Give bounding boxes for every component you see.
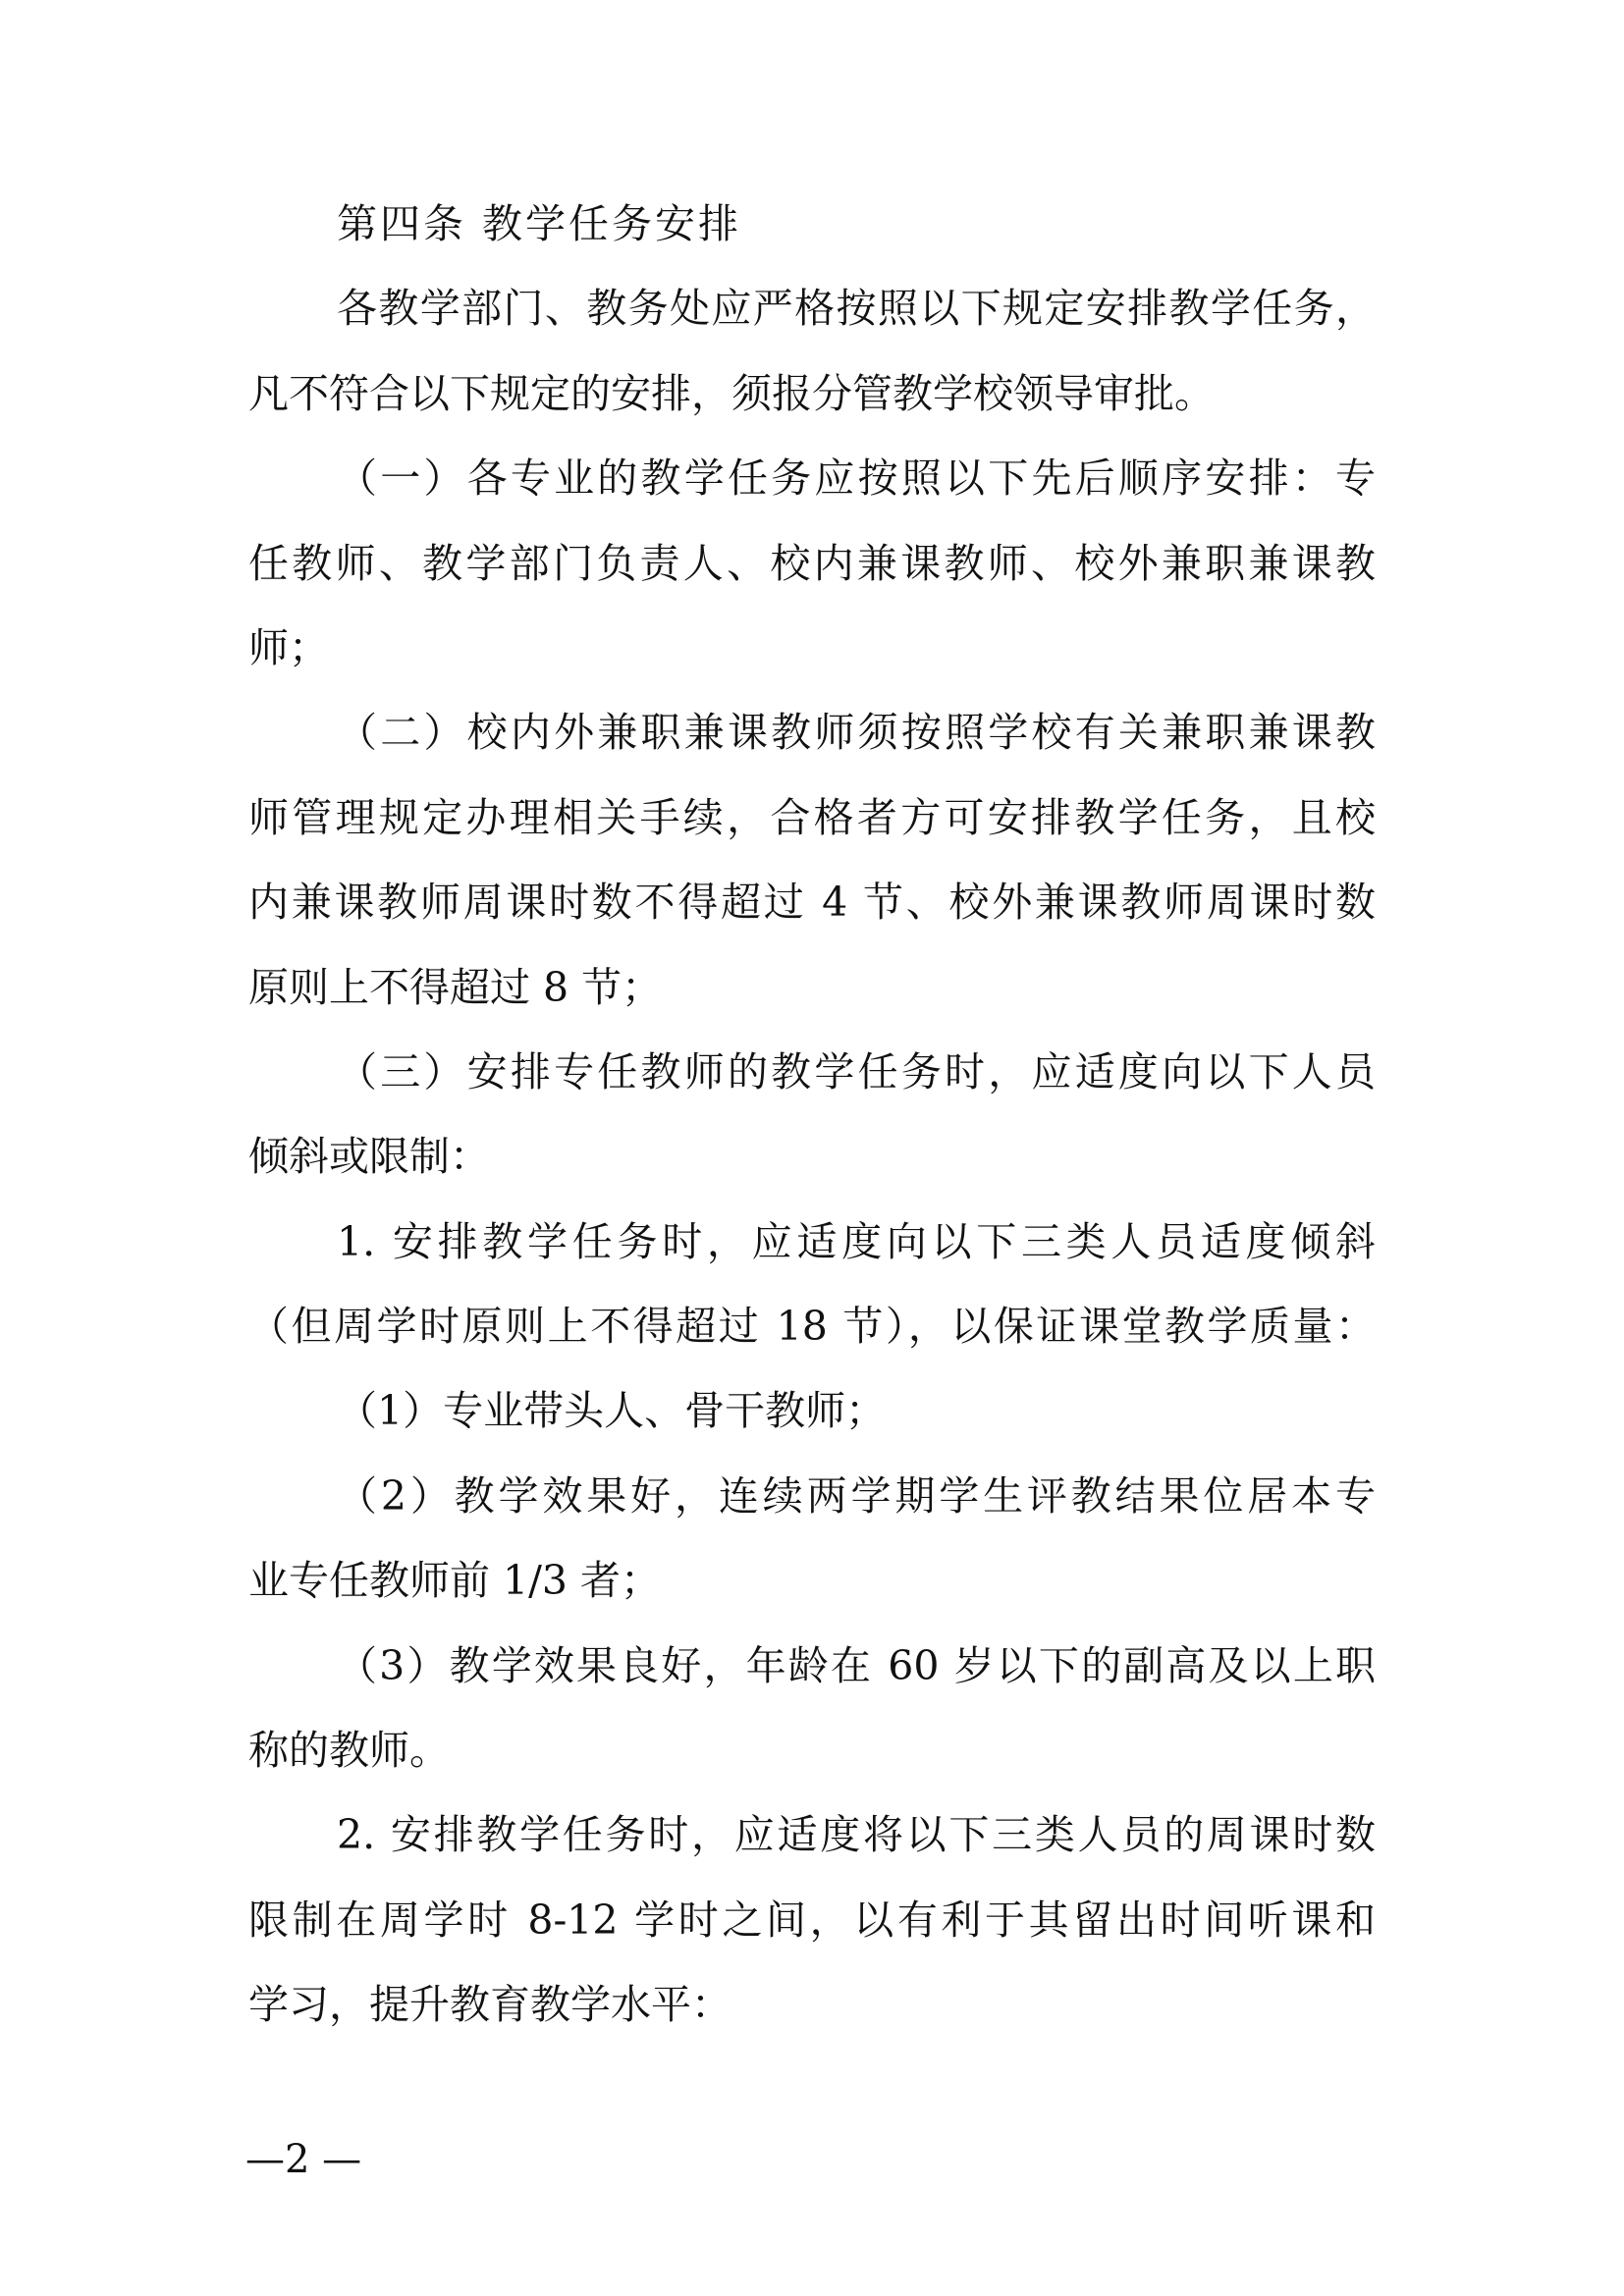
- paragraph-item-1: （一）各专业的教学任务应按照以下先后顺序安排：专 任教师、教学部门负责人、校内兼…: [248, 436, 1376, 690]
- text-line: （但周学时原则上不得超过 18 节），以保证课堂教学质量：: [248, 1284, 1376, 1368]
- article-heading: 第四条 教学任务安排: [248, 182, 1376, 266]
- text-line: 业专任教师前 1/3 者；: [248, 1538, 1376, 1623]
- text-line: （3）教学效果良好，年龄在 60 岁以下的副高及以上职: [248, 1624, 1376, 1708]
- paragraph-item-2: （二）校内外兼职兼课教师须按照学校有关兼职兼课教 师管理规定办理相关手续，合格者…: [248, 690, 1376, 1030]
- text-line: 内兼课教师周课时数不得超过 4 节、校外兼课教师周课时数: [248, 860, 1376, 944]
- text-line: （三）安排专任教师的教学任务时，应适度向以下人员: [248, 1030, 1376, 1114]
- paragraph-sub-1-b: （2）教学效果好，连续两学期学生评教结果位居本专 业专任教师前 1/3 者；: [248, 1454, 1376, 1624]
- text-line: （2）教学效果好，连续两学期学生评教结果位居本专: [248, 1454, 1376, 1538]
- text-line: 师；: [248, 606, 1376, 690]
- text-line: 倾斜或限制：: [248, 1114, 1376, 1199]
- text-line: 1. 安排教学任务时，应适度向以下三类人员适度倾斜: [248, 1200, 1376, 1284]
- paragraph-sub-1: 1. 安排教学任务时，应适度向以下三类人员适度倾斜 （但周学时原则上不得超过 1…: [248, 1200, 1376, 1369]
- paragraph-sub-1-c: （3）教学效果良好，年龄在 60 岁以下的副高及以上职 称的教师。: [248, 1624, 1376, 1793]
- document-body: 第四条 教学任务安排 各教学部门、教务处应严格按照以下规定安排教学任务， 凡不符…: [248, 182, 1376, 2048]
- paragraph-intro: 各教学部门、教务处应严格按照以下规定安排教学任务， 凡不符合以下规定的安排，须报…: [248, 266, 1376, 436]
- text-line: 任教师、教学部门负责人、校内兼课教师、校外兼职兼课教: [248, 521, 1376, 606]
- text-line: 各教学部门、教务处应严格按照以下规定安排教学任务，: [248, 266, 1376, 350]
- paragraph-sub-1-a: （1）专业带头人、骨干教师；: [248, 1368, 1376, 1453]
- text-line: 限制在周学时 8-12 学时之间，以有利于其留出时间听课和: [248, 1878, 1376, 1962]
- text-line: 称的教师。: [248, 1708, 1376, 1792]
- text-line: 2. 安排教学任务时，应适度将以下三类人员的周课时数: [248, 1792, 1376, 1877]
- text-line: （一）各专业的教学任务应按照以下先后顺序安排：专: [248, 436, 1376, 520]
- text-line: 凡不符合以下规定的安排，须报分管教学校领导审批。: [248, 351, 1376, 436]
- page-number: —2 —: [245, 2136, 361, 2183]
- document-page: 第四条 教学任务安排 各教学部门、教务处应严格按照以下规定安排教学任务， 凡不符…: [0, 0, 1624, 2296]
- text-line: 学习，提升教育教学水平：: [248, 1962, 1376, 2047]
- paragraph-item-3: （三）安排专任教师的教学任务时，应适度向以下人员 倾斜或限制：: [248, 1030, 1376, 1200]
- text-line: 原则上不得超过 8 节；: [248, 945, 1376, 1030]
- paragraph-sub-2: 2. 安排教学任务时，应适度将以下三类人员的周课时数 限制在周学时 8-12 学…: [248, 1792, 1376, 2047]
- text-line: （1）专业带头人、骨干教师；: [248, 1368, 1376, 1453]
- text-line: （二）校内外兼职兼课教师须按照学校有关兼职兼课教: [248, 690, 1376, 774]
- text-line: 师管理规定办理相关手续，合格者方可安排教学任务，且校: [248, 775, 1376, 860]
